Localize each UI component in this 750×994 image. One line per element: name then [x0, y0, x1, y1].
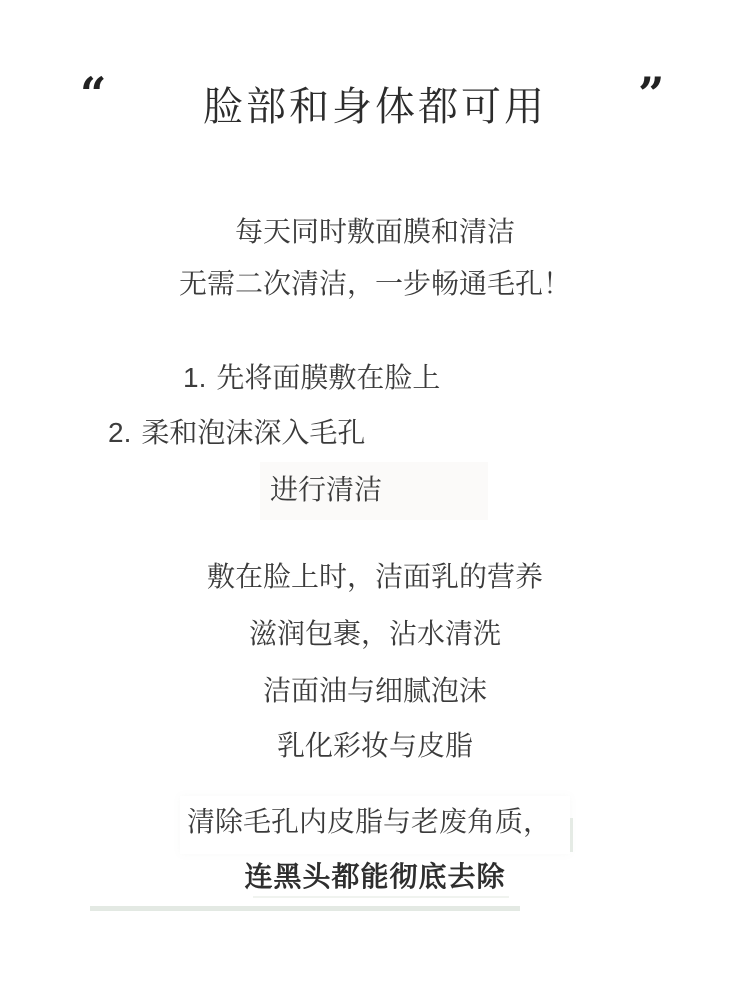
step-1-text: 先将面膜敷在脸上	[216, 363, 440, 394]
faint-separator-line	[253, 896, 509, 898]
highlight-line: 清除毛孔内皮脂与老废角质，	[0, 808, 744, 837]
product-detail-page: “ 脸部和身体都可用 ” 每天同时敷面膜和清洁 无需二次清洁，一步畅通毛孔！ 1…	[0, 0, 750, 994]
step-1: 1.先将面膜敷在脸上	[183, 363, 440, 393]
bottom-divider	[90, 906, 520, 911]
benefit-line-1: 敷在脸上时，洁面乳的营养	[0, 563, 750, 592]
intro-line-2: 无需二次清洁，一步畅通毛孔！	[0, 270, 750, 299]
benefit-line-3: 洁面油与细腻泡沫	[0, 677, 750, 706]
close-quote-mark: ”	[638, 70, 664, 118]
step-2: 2.柔和泡沫深入毛孔	[108, 418, 365, 448]
highlight-bold-line: 连黑头都能彻底去除	[0, 863, 750, 892]
step-1-number: 1.	[183, 362, 206, 393]
benefit-line-4: 乳化彩妆与皮脂	[0, 732, 750, 761]
accent-vertical-line	[570, 818, 573, 852]
step-2-continuation: 进行清洁	[270, 476, 382, 505]
step-2-text: 柔和泡沫深入毛孔	[141, 418, 365, 449]
benefit-line-2: 滋润包裹，沾水清洗	[0, 620, 750, 649]
intro-line-1: 每天同时敷面膜和清洁	[0, 218, 750, 247]
step-2-number: 2.	[108, 417, 131, 448]
